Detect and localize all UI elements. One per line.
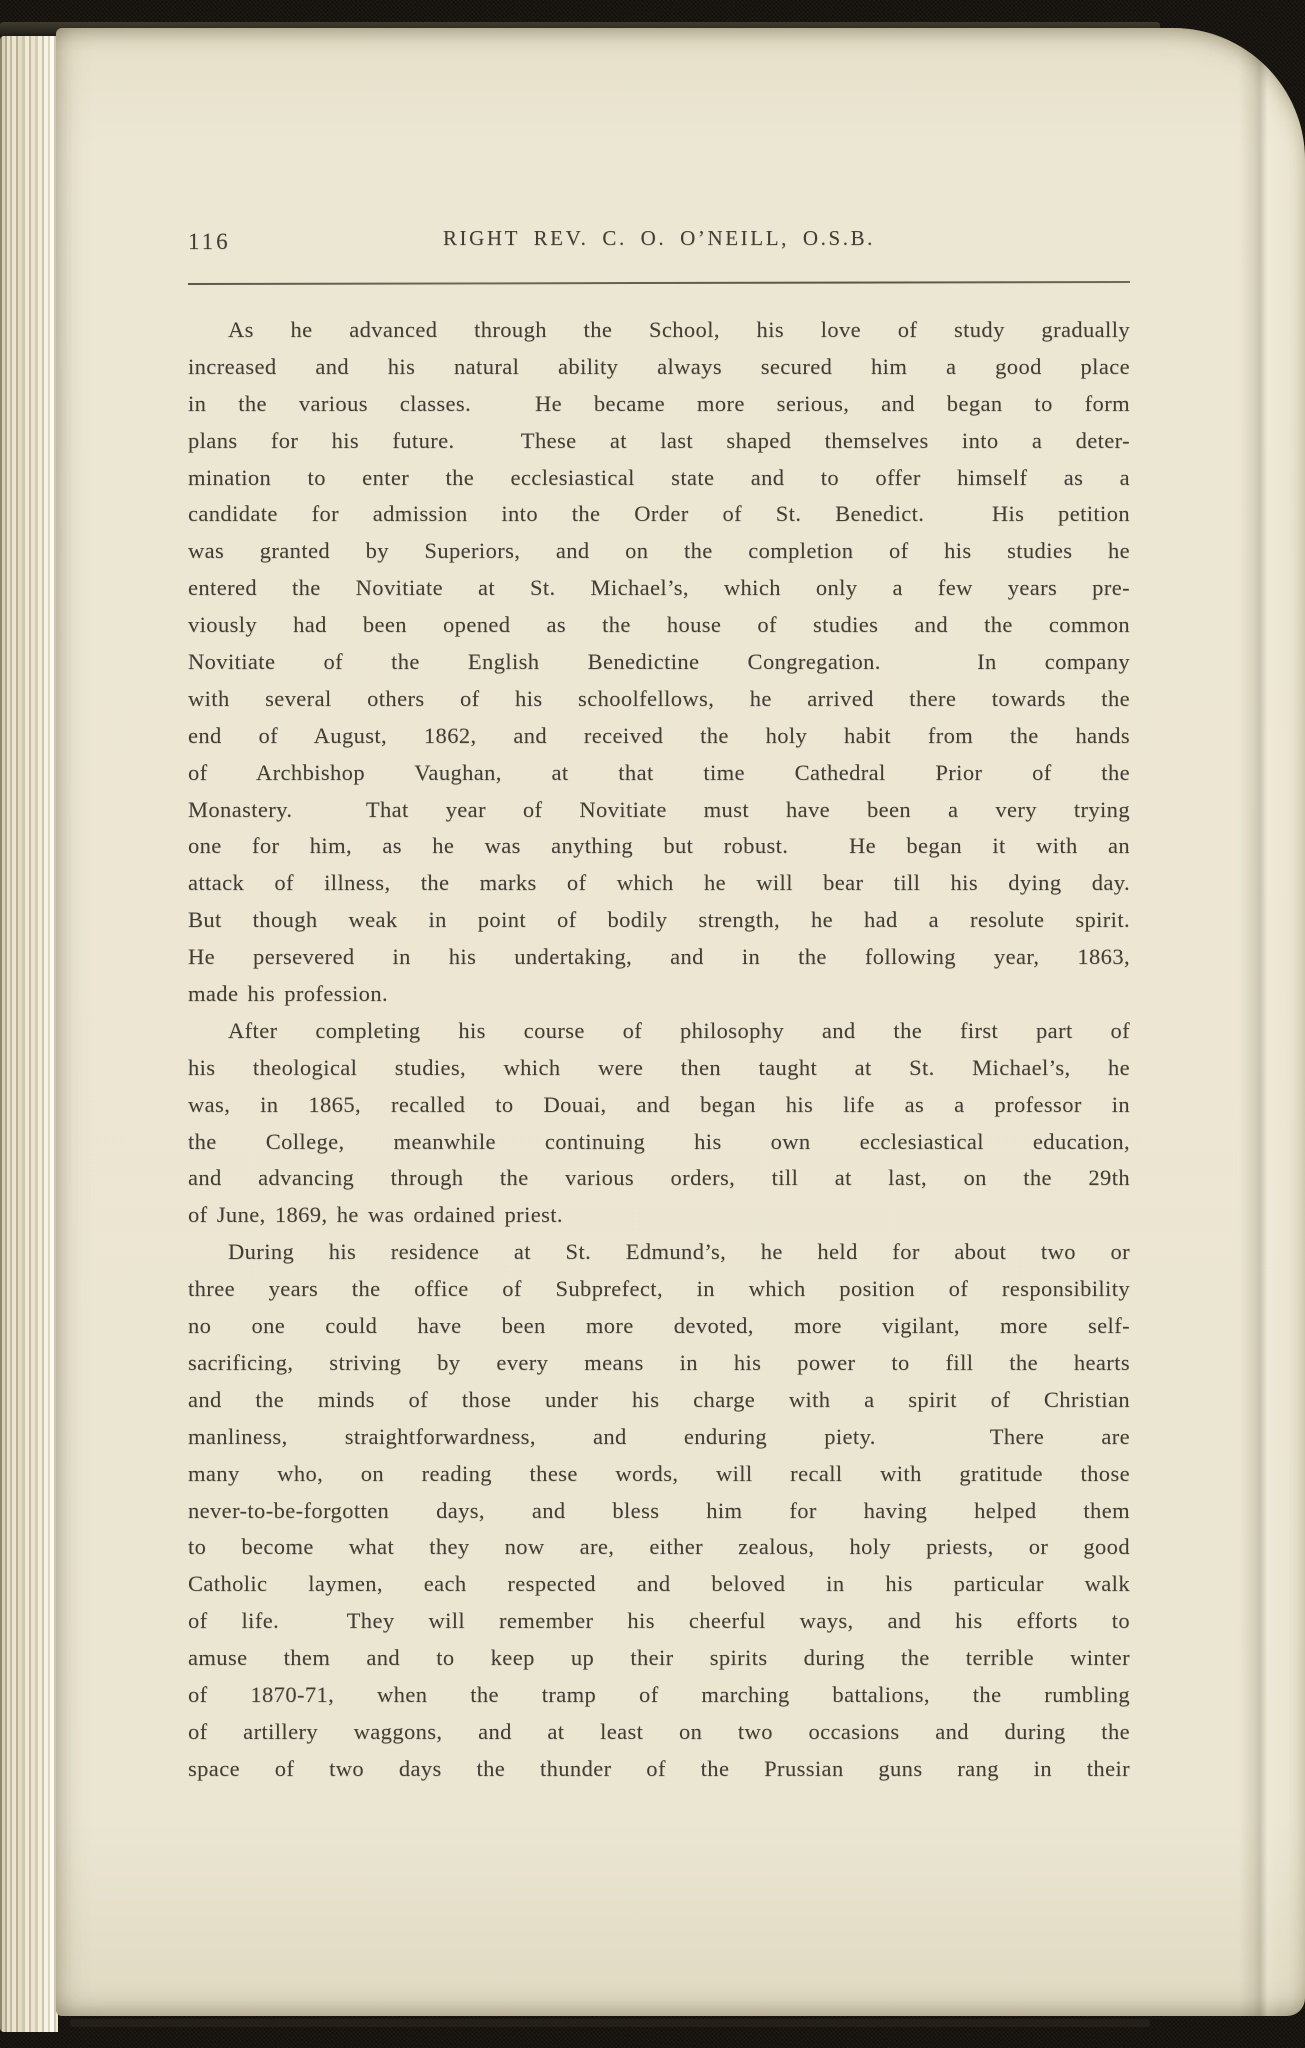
text-line: the College, meanwhile continuing his ow… [188,1124,1130,1161]
text-line: in the various classes. He became more s… [188,386,1130,423]
text-line: attack of illness, the marks of which he… [188,865,1130,902]
text-line: During his residence at St. Edmund’s, he… [188,1234,1130,1271]
paragraph: As he advanced through the School, his l… [188,312,1130,1013]
text-line: But though weak in point of bodily stren… [188,902,1130,939]
text-line: and advancing through the various orders… [188,1160,1130,1197]
page-number: 116 [188,229,231,255]
text-line: Monastery. That year of Novitiate must h… [188,792,1130,829]
page-curl-shadow [1239,28,1279,2016]
text-line: Catholic laymen, each respected and belo… [188,1566,1130,1603]
text-line: to become what they now are, either zeal… [188,1529,1130,1566]
text-line: entered the Novitiate at St. Michael’s, … [188,570,1130,607]
text-line: of June, 1869, he was ordained priest. [188,1197,1130,1234]
page-edges-stack [0,36,58,2032]
text-line: amuse them and to keep up their spirits … [188,1640,1130,1677]
running-header: RIGHT REV. C. O. O’NEILL, O.S.B. [188,226,1130,251]
text-line: no one could have been more devoted, mor… [188,1308,1130,1345]
text-line: Novitiate of the English Benedictine Con… [188,644,1130,681]
book-photo: 116 RIGHT REV. C. O. O’NEILL, O.S.B. As … [0,0,1305,2048]
text-line: of artillery waggons, and at least on tw… [188,1714,1130,1751]
text-line: never-to-be-forgotten days, and bless hi… [188,1493,1130,1530]
paragraph: After completing his course of philosoph… [188,1013,1130,1234]
page-content: 116 RIGHT REV. C. O. O’NEILL, O.S.B. As … [188,226,1130,1788]
page-header: 116 RIGHT REV. C. O. O’NEILL, O.S.B. [188,226,1130,260]
text-line: viously had been opened as the house of … [188,607,1130,644]
text-line: He persevered in his undertaking, and in… [188,939,1130,976]
text-line: one for him, as he was anything but robu… [188,828,1130,865]
text-line: plans for his future. These at last shap… [188,423,1130,460]
text-line: made his profession. [188,976,1130,1013]
text-line: with several others of his schoolfellows… [188,681,1130,718]
text-line: candidate for admission into the Order o… [188,496,1130,533]
text-line: mination to enter the ecclesiastical sta… [188,460,1130,497]
text-line: of life. They will remember his cheerful… [188,1603,1130,1640]
text-line: As he advanced through the School, his l… [188,312,1130,349]
body-text: As he advanced through the School, his l… [188,312,1130,1788]
text-line: manliness, straightforwardness, and endu… [188,1419,1130,1456]
text-line: After completing his course of philosoph… [188,1013,1130,1050]
text-line: of 1870-71, when the tramp of marching b… [188,1677,1130,1714]
text-line: space of two days the thunder of the Pru… [188,1751,1130,1788]
text-line: three years the office of Subprefect, in… [188,1271,1130,1308]
text-line: his theological studies, which were then… [188,1050,1130,1087]
text-line: sacrificing, striving by every means in … [188,1345,1130,1382]
text-line: was, in 1865, recalled to Douai, and beg… [188,1087,1130,1124]
text-line: was granted by Superiors, and on the com… [188,533,1130,570]
header-rule [188,281,1130,285]
text-line: and the minds of those under his charge … [188,1382,1130,1419]
text-line: many who, on reading these words, will r… [188,1456,1130,1493]
text-line: end of August, 1862, and received the ho… [188,718,1130,755]
text-line: increased and his natural ability always… [188,349,1130,386]
text-line: of Archbishop Vaughan, at that time Cath… [188,755,1130,792]
book-cover-edge-bottom [70,2019,1150,2027]
book-page: 116 RIGHT REV. C. O. O’NEILL, O.S.B. As … [56,28,1305,2016]
paragraph: During his residence at St. Edmund’s, he… [188,1234,1130,1787]
